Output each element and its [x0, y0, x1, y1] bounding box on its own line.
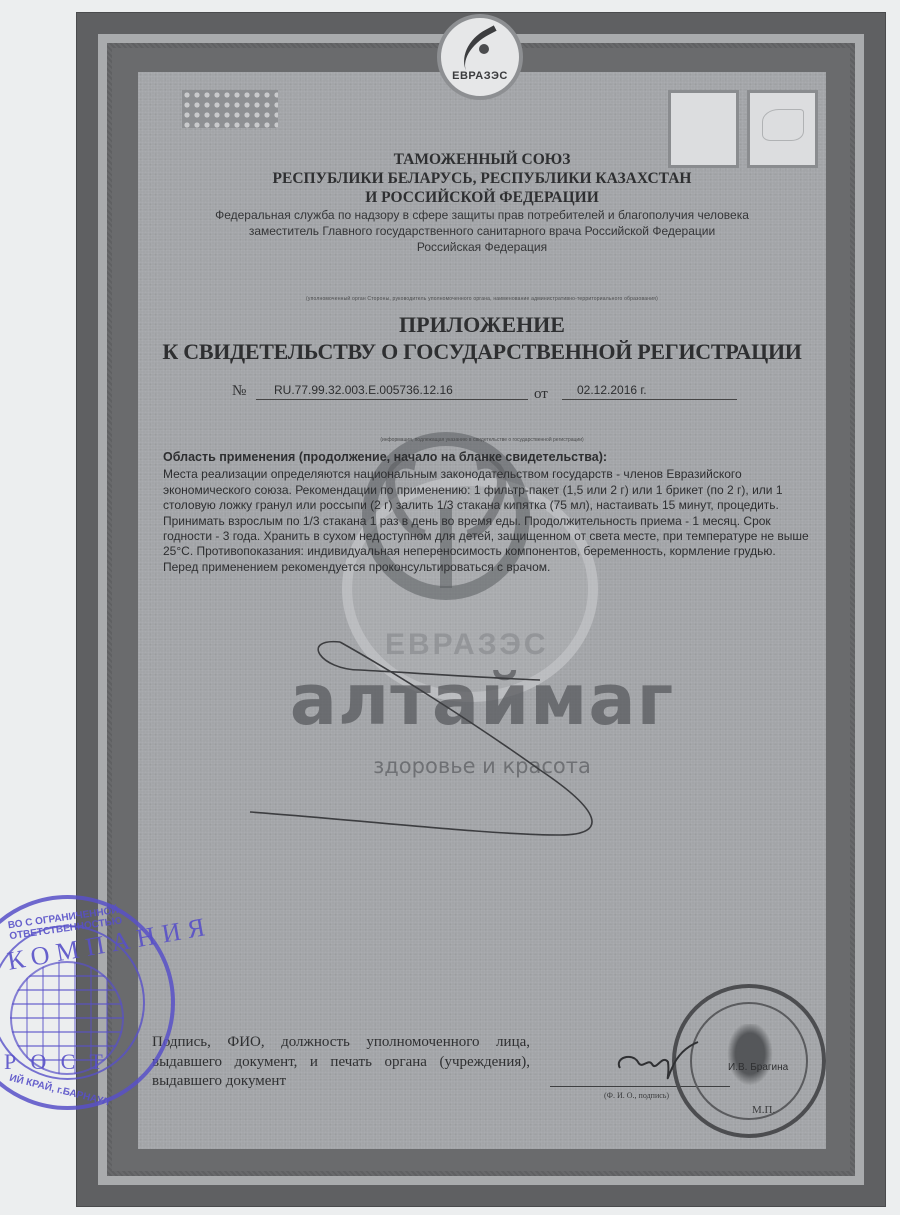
fio-caption: (Ф. И. О., подпись)	[604, 1091, 669, 1100]
registration-number: RU.77.99.32.003.Е.005736.12.16	[274, 383, 453, 397]
stamp-place-label: М.П.	[752, 1104, 775, 1116]
document-subtitle: К СВИДЕТЕЛЬСТВУ О ГОСУДАРСТВЕННОЙ РЕГИСТ…	[140, 338, 824, 366]
date-label: от	[534, 386, 548, 403]
logo-dot	[479, 44, 489, 54]
signer-name: И.В. Брагина	[728, 1062, 788, 1073]
company-stamp-bottom-text: ИЙ КРАЙ, г.БАРНАУЛ	[8, 1073, 110, 1108]
union-header-line: ТАМОЖЕННЫЙ СОЮЗ	[140, 150, 824, 169]
number-underline	[256, 399, 528, 400]
scope-section: Область применения (продолжение, начало …	[163, 450, 813, 575]
info-caption: (информация, подлежащая указанию в свиде…	[140, 437, 824, 443]
union-header-line: И РОССИЙСКОЙ ФЕДЕРАЦИИ	[140, 188, 824, 207]
date-underline	[562, 399, 737, 400]
authority-caption: (уполномоченный орган Стороны, руководит…	[140, 296, 824, 302]
eurasec-logo: ЕВРАЗЭС	[437, 14, 523, 100]
union-header-line: РЕСПУБЛИКИ БЕЛАРУСЬ, РЕСПУБЛИКИ КАЗАХСТА…	[140, 169, 824, 188]
agency-line: Российская Федерация	[140, 239, 824, 255]
watermark-brand: алтаймаг	[140, 660, 824, 740]
signature-caption: Подпись, ФИО, должность уполномоченного …	[152, 1033, 530, 1092]
union-header: ТАМОЖЕННЫЙ СОЮЗ РЕСПУБЛИКИ БЕЛАРУСЬ, РЕС…	[140, 150, 824, 207]
number-label: №	[232, 383, 246, 400]
coat-of-arms-icon	[724, 1024, 776, 1090]
scope-heading: Область применения (продолжение, начало …	[163, 450, 813, 465]
registration-date: 02.12.2016 г.	[577, 383, 647, 397]
scope-text: Места реализации определяются национальн…	[163, 467, 813, 575]
agency-line: Федеральная служба по надзору в сфере за…	[140, 207, 824, 223]
agency-block: Федеральная служба по надзору в сфере за…	[140, 207, 824, 255]
agency-line: заместитель Главного государственного са…	[140, 223, 824, 239]
watermark-tagline: здоровье и красота	[140, 754, 824, 778]
company-stamp-middle: РОСТ	[4, 1049, 117, 1075]
watermark-seal-text: ЕВРАЗЭС	[385, 628, 549, 662]
document-title: ПРИЛОЖЕНИЕ	[140, 312, 824, 338]
ornament-pattern-left	[182, 90, 278, 128]
handwritten-signature-icon	[612, 1038, 702, 1088]
logo-text: ЕВРАЗЭС	[441, 70, 519, 82]
registration-row: № RU.77.99.32.003.Е.005736.12.16 от 02.1…	[232, 381, 742, 401]
